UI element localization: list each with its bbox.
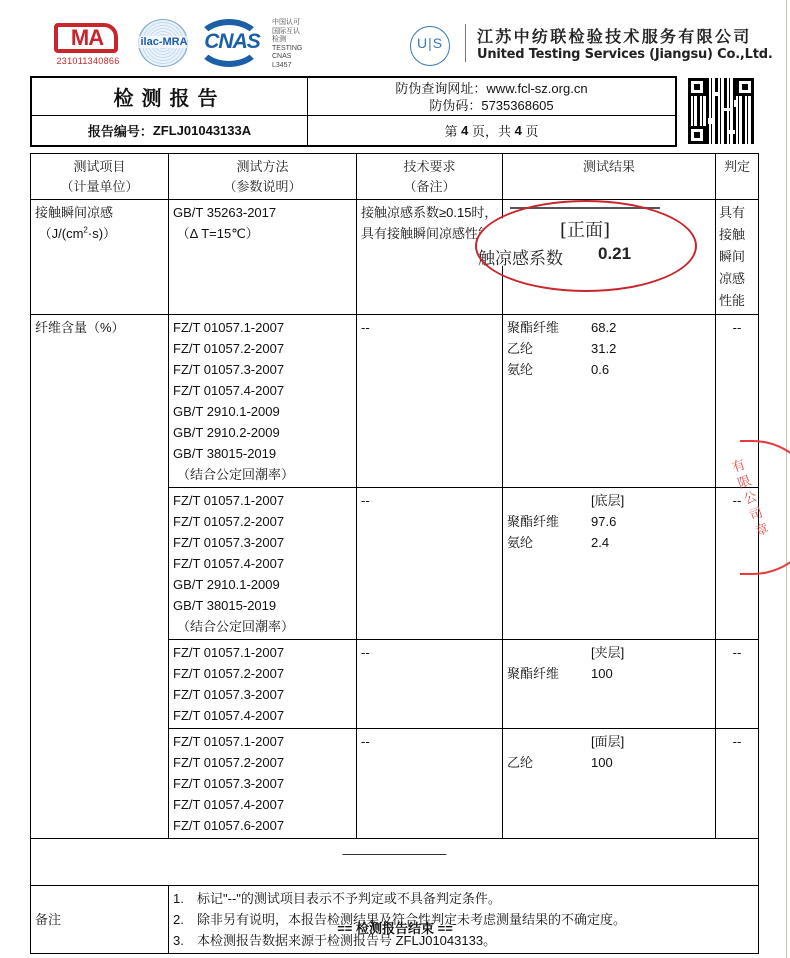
- method-standard: GB/T 2910.2-2009: [173, 422, 352, 443]
- fiber-results: [面层]乙纶100: [503, 729, 716, 839]
- fiber-name: 氨纶: [507, 532, 591, 553]
- table-row-fiber: 纤维含量（%） FZ/T 01057.1-2007FZ/T 01057.2-20…: [31, 315, 759, 488]
- page-indicator: 第 4 页，共 4 页: [308, 116, 675, 145]
- results-table: 测试项目（计量单位） 测试方法（参数说明） 技术要求（备注） 测试结果 判定 接…: [30, 153, 759, 954]
- report-number: 报告编号：ZFLJ01043133A: [32, 116, 308, 145]
- cnas-logo: CNAS: [196, 17, 268, 69]
- method-standard: FZ/T 01057.3-2007: [173, 773, 352, 794]
- fiber-percentage: 100: [591, 752, 711, 773]
- uts-logo: U|S: [408, 26, 452, 66]
- fiber-methods: FZ/T 01057.1-2007FZ/T 01057.2-2007FZ/T 0…: [169, 315, 357, 488]
- ilac-mra-logo: ilac-MRA: [138, 19, 188, 67]
- method-standard: FZ/T 01057.4-2007: [173, 794, 352, 815]
- fiber-methods: FZ/T 01057.1-2007FZ/T 01057.2-2007FZ/T 0…: [169, 640, 357, 729]
- header-divider: [465, 24, 466, 62]
- method-standard: （结合公定回潮率）: [173, 616, 352, 637]
- report-number-value: ZFLJ01043133A: [153, 123, 251, 138]
- method-standard: （结合公定回潮率）: [173, 464, 352, 485]
- fiber-methods: FZ/T 01057.1-2007FZ/T 01057.2-2007FZ/T 0…: [169, 488, 357, 640]
- fiber-percentage: 100: [591, 663, 711, 684]
- anti-fake-code: 防伪码：5735368605: [308, 97, 675, 114]
- method-standard: FZ/T 01057.6-2007: [173, 815, 352, 836]
- cooling-verdict: 具有接触瞬间凉感性能: [716, 200, 759, 315]
- layer-label: [夹层]: [507, 642, 711, 663]
- method-standard: FZ/T 01057.1-2007: [173, 642, 352, 663]
- fiber-requirement: --: [357, 315, 503, 488]
- fiber-results: [底层]聚酯纤维97.6氨纶2.4: [503, 488, 716, 640]
- fiber-verdict: --: [716, 729, 759, 839]
- fiber-name: 乙纶: [507, 338, 591, 359]
- method-standard: FZ/T 01057.4-2007: [173, 380, 352, 401]
- separator-line: ————————: [31, 839, 759, 886]
- report-end-marker: == 检测报告结束 ==: [0, 918, 790, 937]
- cma-number: 231011340866: [52, 56, 124, 66]
- layer-label: [面层]: [507, 731, 711, 752]
- method-standard: FZ/T 01057.1-2007: [173, 731, 352, 752]
- header-test-method: 测试方法（参数说明）: [169, 154, 357, 200]
- layer-label: [底层]: [507, 490, 711, 511]
- header-test-item: 测试项目（计量单位）: [31, 154, 169, 200]
- note-item: 1.标记"--"的测试项目表示不予判定或不具备判定条件。: [173, 888, 754, 909]
- separator-row: ————————: [31, 839, 759, 886]
- cooling-item: 接触瞬间凉感 （J/(cm2·s)）: [31, 200, 169, 315]
- fiber-requirement: --: [357, 640, 503, 729]
- method-standard: GB/T 38015-2019: [173, 443, 352, 464]
- cnas-caption: 中国认可 国际互认 检测 TESTING CNAS L3457: [272, 19, 302, 70]
- fiber-methods: FZ/T 01057.1-2007FZ/T 01057.2-2007FZ/T 0…: [169, 729, 357, 839]
- fiber-results: 聚酯纤维68.2乙纶31.2氨纶0.6: [503, 315, 716, 488]
- zoom-clip-edge: [510, 207, 660, 209]
- header-result: 测试结果: [503, 154, 716, 200]
- fiber-item: 纤维含量（%）: [31, 315, 169, 839]
- qr-code-pattern: [688, 78, 754, 144]
- method-standard: GB/T 2910.1-2009: [173, 574, 352, 595]
- result-value: 0.21: [598, 244, 631, 264]
- fiber-name: 聚酯纤维: [507, 663, 591, 684]
- report-title-block: 检测报告 防伪查询网址：www.fcl-sz.org.cn 防伪码：573536…: [30, 76, 677, 147]
- fiber-percentage: 0.6: [591, 359, 711, 380]
- result-label: 触凉感系数: [478, 244, 563, 269]
- fiber-requirement: --: [357, 729, 503, 839]
- method-standard: GB/T 2910.1-2009: [173, 401, 352, 422]
- anti-fake-info: 防伪查询网址：www.fcl-sz.org.cn 防伪码：5735368605: [308, 78, 675, 116]
- method-standard: GB/T 38015-2019: [173, 595, 352, 616]
- fiber-percentage: 68.2: [591, 317, 711, 338]
- cooling-method: GB/T 35263-2017 （Δ T=15℃）: [169, 200, 357, 315]
- table-header: 测试项目（计量单位） 测试方法（参数说明） 技术要求（备注） 测试结果 判定: [31, 154, 759, 200]
- method-standard: FZ/T 01057.2-2007: [173, 663, 352, 684]
- method-standard: FZ/T 01057.4-2007: [173, 705, 352, 726]
- method-standard: FZ/T 01057.1-2007: [173, 490, 352, 511]
- fiber-percentage: 97.6: [591, 511, 711, 532]
- method-standard: FZ/T 01057.1-2007: [173, 317, 352, 338]
- fiber-results: [夹层]聚酯纤维100: [503, 640, 716, 729]
- fiber-verdict: --: [716, 640, 759, 729]
- company-name-en: United Testing Services (Jiangsu) Co.,Lt…: [477, 47, 773, 62]
- fiber-name: 乙纶: [507, 752, 591, 773]
- fiber-name: 氨纶: [507, 359, 591, 380]
- method-standard: FZ/T 01057.3-2007: [173, 359, 352, 380]
- method-standard: FZ/T 01057.3-2007: [173, 684, 352, 705]
- fiber-name: 聚酯纤维: [507, 317, 591, 338]
- fiber-percentage: 31.2: [591, 338, 711, 359]
- header-requirement: 技术要求（备注）: [357, 154, 503, 200]
- fiber-percentage: 2.4: [591, 532, 711, 553]
- report-title: 检测报告: [32, 78, 308, 116]
- method-standard: FZ/T 01057.4-2007: [173, 553, 352, 574]
- cma-logo: MA 231011340866: [52, 23, 122, 69]
- method-standard: FZ/T 01057.2-2007: [173, 752, 352, 773]
- method-standard: FZ/T 01057.3-2007: [173, 532, 352, 553]
- company-name-cn: 江苏中纺联检验技术服务有限公司: [477, 24, 752, 47]
- method-standard: FZ/T 01057.2-2007: [173, 338, 352, 359]
- method-standard: FZ/T 01057.2-2007: [173, 511, 352, 532]
- fiber-requirement: --: [357, 488, 503, 640]
- anti-fake-url[interactable]: 防伪查询网址：www.fcl-sz.org.cn: [308, 80, 675, 97]
- fiber-name: 聚酯纤维: [507, 511, 591, 532]
- result-layer-face: [正面]: [480, 216, 690, 242]
- header-verdict: 判定: [716, 154, 759, 200]
